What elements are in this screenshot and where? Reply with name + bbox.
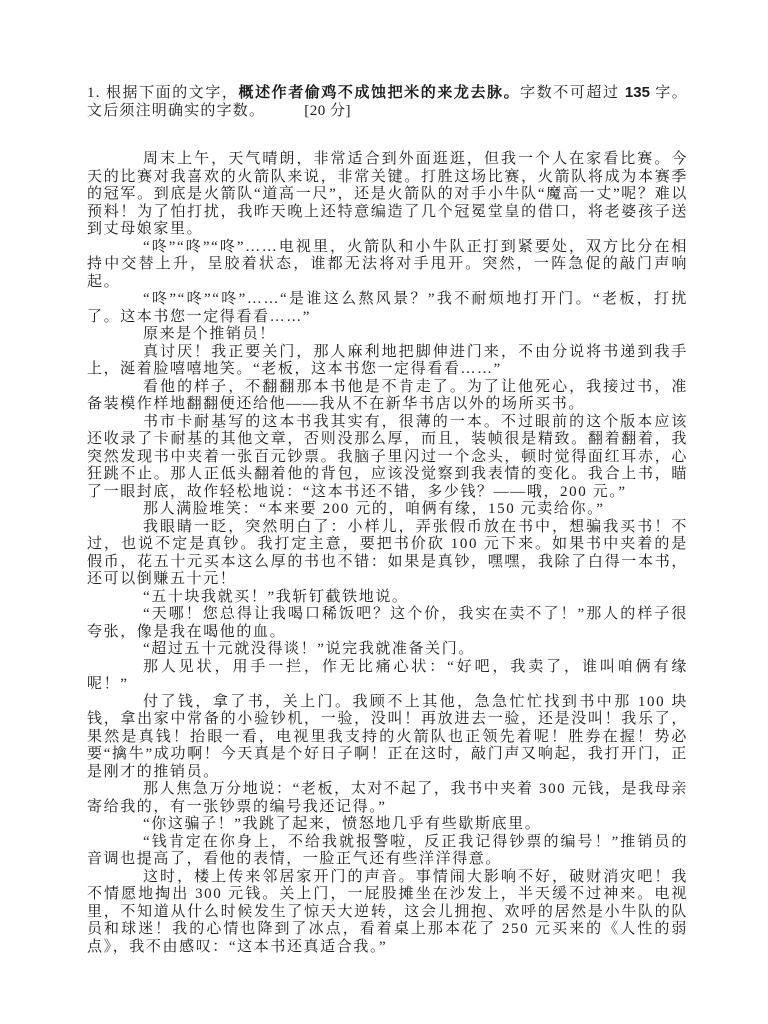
story-text: 周末上午，天气晴朗，非常适合到外面逛逛，但我一个人在家看比赛。今天的比赛对我喜欢… xyxy=(87,151,688,956)
story-paragraph: 周末上午，天气晴朗，非常适合到外面逛逛，但我一个人在家看比赛。今天的比赛对我喜欢… xyxy=(87,151,688,239)
question-word-limit: 135 xyxy=(625,84,650,101)
question-text: 1. 根据下面的文字，概述作者偷鸡不成蚀把米的来龙去脉。字数不可超过 135 字… xyxy=(87,84,688,120)
story-paragraph: 真讨厌！我正要关门，那人麻利地把脚伸进门来，不由分说将书递到我手上，涎着脸嘻嘻地… xyxy=(87,344,688,379)
story-paragraph: “咚”“咚”“咚”……“是谁这么熬风景？”我不耐烦地打开门。“老板，打扰了。这本… xyxy=(87,291,688,326)
story-paragraph: “你这骗子！”我跳了起来，愤怒地几乎有些歇斯底里。 xyxy=(87,816,688,834)
exam-page: 1. 根据下面的文字，概述作者偷鸡不成蚀把米的来龙去脉。字数不可超过 135 字… xyxy=(0,0,768,1024)
question-score: [20 分] xyxy=(304,103,351,119)
story-paragraph: “天哪！您总得让我喝口稀饭吧？这个价，我实在卖不了！”那人的样子很夸张，像是我在… xyxy=(87,606,688,641)
story-paragraph: 原来是个推销员！ xyxy=(87,326,688,344)
story-paragraph: 这时，楼上传来邻居家开门的声音。事情闹大影响不好，破财消灾吧！我不情愿地掏出 3… xyxy=(87,869,688,957)
story-paragraph: “钱肯定在你身上，不给我就报警啦，反正我记得钞票的编号！”推销员的音调也提高了，… xyxy=(87,834,688,869)
story-paragraph: 付了钱，拿了书，关上门。我顾不上其他，急急忙忙找到书中那 100 块钱，拿出家中… xyxy=(87,694,688,782)
question-task: 概述作者偷鸡不成蚀把米的来龙去脉。 xyxy=(239,85,521,101)
story-paragraph: 看他的样子，不翻翻那本书他是不肯走了。为了让他死心，我接过书，准备装模作样地翻翻… xyxy=(87,379,688,414)
story-paragraph: 那人见状，用手一拦，作无比痛心状：“好吧，我卖了，谁叫咱俩有缘呢！” xyxy=(87,659,688,694)
question-limit-pre: 字数不可超过 xyxy=(520,85,625,101)
page-content: 1. 根据下面的文字，概述作者偷鸡不成蚀把米的来龙去脉。字数不可超过 135 字… xyxy=(87,84,688,956)
question-prefix: 1. 根据下面的文字， xyxy=(87,85,239,101)
story-paragraph: 那人满脸堆笑：“本来要 200 元的，咱俩有缘，150 元卖给你。” xyxy=(87,501,688,519)
story-paragraph: “咚”“咚”“咚”……电视里，火箭队和小牛队正打到紧要处，双方比分在相持中交替上… xyxy=(87,239,688,292)
story-paragraph: “五十块我就买！”我斩钉截铁地说。 xyxy=(87,589,688,607)
story-paragraph: 书市卡耐基写的这本书我其实有，很薄的一本。不过眼前的这个版本应该还收录了卡耐基的… xyxy=(87,414,688,502)
story-paragraph: “超过五十元就没得谈！”说完我就准备关门。 xyxy=(87,641,688,659)
story-paragraph: 我眼睛一眨，突然明白了：小样儿，弄张假币放在书中，想骗我买书！不过，也说不定是真… xyxy=(87,519,688,589)
story-paragraph: 那人焦急万分地说：“老板，太对不起了，我书中夹着 300 元钱，是我母亲寄给我的… xyxy=(87,781,688,816)
